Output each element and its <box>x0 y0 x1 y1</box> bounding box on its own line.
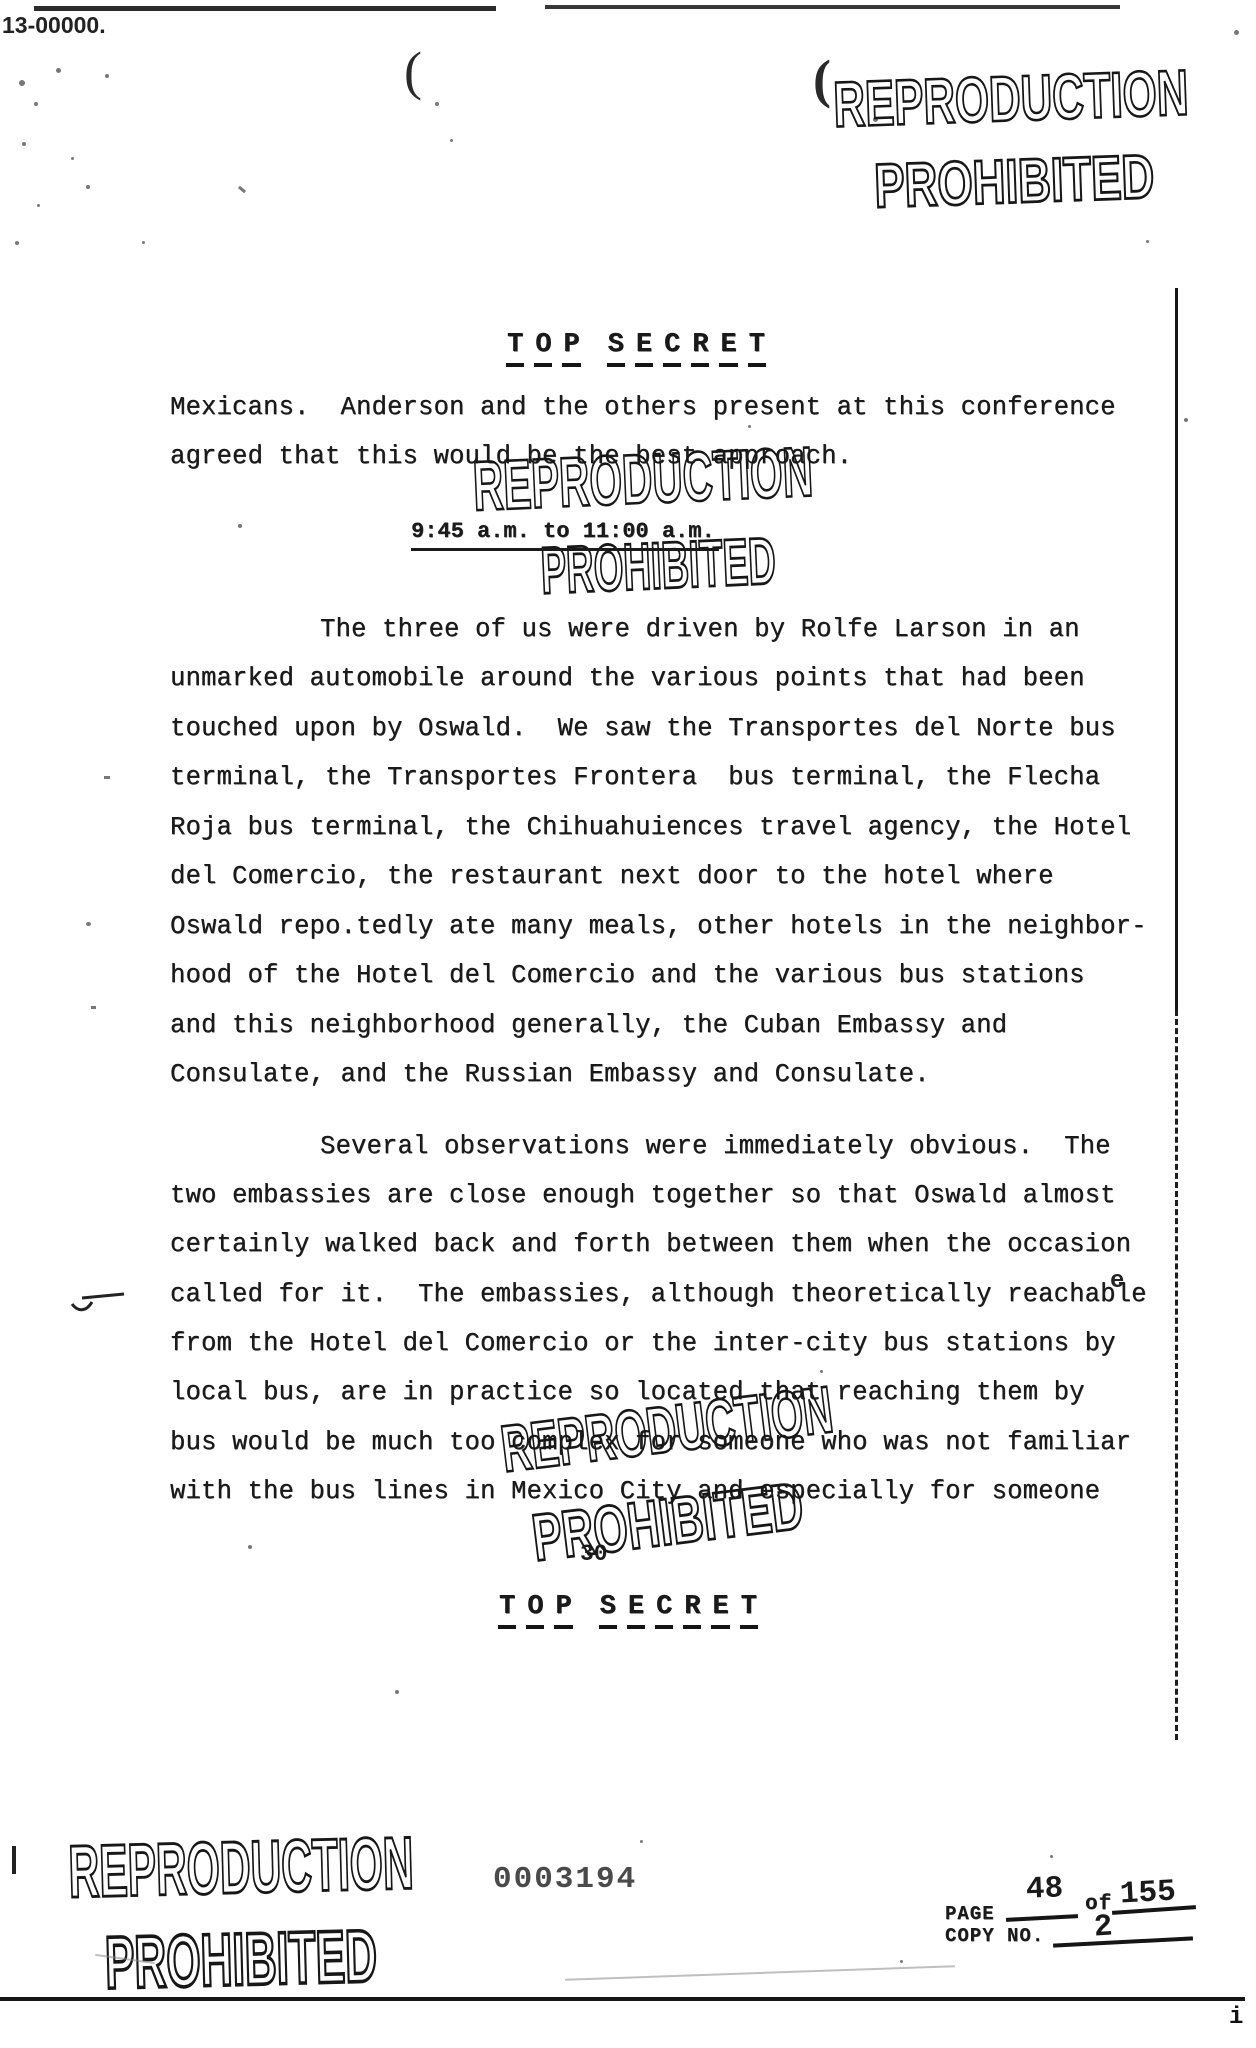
reproduction-prohibited-stamp: REPRODUCTION PROHIBITED <box>60 1821 475 2022</box>
ink-speck <box>22 142 26 146</box>
pencil-scratch <box>565 1965 955 1981</box>
ink-speck <box>248 1545 252 1549</box>
corner-letter-mark: i <box>1229 2004 1243 2031</box>
stamp-line2: PROHIBITED <box>873 143 1155 222</box>
ink-speck <box>105 74 109 78</box>
scan-edge-artifact <box>34 6 496 11</box>
text-line: The three of us were driven by Rolfe Lar… <box>170 615 1256 665</box>
ink-speck <box>435 102 439 106</box>
ink-speck <box>104 776 110 779</box>
ink-speck <box>19 80 25 86</box>
text-line: unmarked automobile around the various p… <box>170 664 1180 714</box>
text-line: Oswald repo.tedly ate many meals, other … <box>170 912 1180 962</box>
ink-speck <box>71 157 74 160</box>
text-line: two embassies are close enough together … <box>170 1181 1180 1231</box>
stamp-line1: REPRODUCTION <box>68 1821 415 1913</box>
text-line: Consulate, and the Russian Embassy and C… <box>170 1060 1180 1110</box>
paren-mark: ( <box>404 40 422 102</box>
text-line: Several observations were immediately ob… <box>170 1132 1256 1182</box>
reproduction-prohibited-stamp: REPRODUCTION PROHIBITED <box>822 55 1228 234</box>
bottom-rule <box>0 1997 1245 2001</box>
ink-speck <box>86 185 90 189</box>
text-line: and this neighborhood generally, the Cub… <box>170 1011 1180 1061</box>
ink-speck <box>1050 1855 1053 1858</box>
ink-speck <box>1184 418 1188 422</box>
ink-speck <box>238 186 246 193</box>
margin-line-dashed <box>1175 1010 1178 1740</box>
text-line: from the Hotel del Comercio or the inter… <box>170 1329 1180 1379</box>
text-line: hood of the Hotel del Comercio and the v… <box>170 961 1180 1011</box>
text-line: touched upon by Oswald. We saw the Trans… <box>170 714 1180 764</box>
stamp-line2: PROHIBITED <box>104 1914 378 2004</box>
ink-speck <box>34 102 38 106</box>
ink-speck <box>37 204 40 207</box>
ink-speck <box>1146 240 1149 243</box>
margin-letter-mark: e <box>1110 1268 1124 1295</box>
text-line: certainly walked back and forth between … <box>170 1230 1180 1280</box>
page-current: 48 <box>1025 1871 1063 1907</box>
ink-speck <box>1234 30 1239 35</box>
ink-speck <box>86 922 91 926</box>
copy-number-underline <box>1053 1936 1193 1947</box>
scan-edge-artifact <box>545 5 1120 9</box>
ink-speck <box>15 241 19 245</box>
proofreader-squiggle-icon <box>68 1288 128 1314</box>
stamp-line1: REPRODUCTION <box>832 56 1189 140</box>
copy-label: COPY NO. <box>945 1925 1044 1947</box>
section-time-heading: 9:45 a.m. to 11:00 a.m. <box>411 519 719 551</box>
ink-speck <box>395 1690 399 1694</box>
text-line: terminal, the Transportes Frontera bus t… <box>170 763 1180 813</box>
page-current-underline <box>1006 1914 1078 1922</box>
serial-number: 0003194 <box>493 1862 637 1897</box>
stamp-line1: REPRODUCTION <box>471 433 814 526</box>
ink-speck <box>91 1006 96 1009</box>
margin-tick <box>12 1846 16 1874</box>
text-line: del Comercio, the restaurant next door t… <box>170 862 1180 912</box>
ink-speck <box>900 1960 903 1963</box>
text-line: Mexicans. Anderson and the others presen… <box>170 393 1180 443</box>
ink-speck <box>56 68 61 73</box>
doc-number: 13-00000. <box>2 12 106 39</box>
classification-header: TOP SECRET <box>506 330 776 367</box>
classification-footer: TOP SECRET <box>498 1592 768 1629</box>
ink-speck <box>640 1840 643 1843</box>
page-label: PAGE <box>945 1903 995 1925</box>
stamp-line2: PROHIBITED <box>528 1468 807 1575</box>
page-number-footnote: 30 <box>580 1541 608 1567</box>
ink-speck <box>142 241 145 244</box>
document-scan-page: 13-00000. ( ( REPRODUCTION PROHIBITED TO… <box>0 0 1256 2048</box>
margin-line <box>1175 288 1178 1010</box>
text-line: called for it. The embassies, although t… <box>170 1280 1180 1330</box>
ink-speck <box>450 139 453 142</box>
ink-speck <box>238 524 242 528</box>
text-line: Roja bus terminal, the Chihuahuiences tr… <box>170 813 1180 863</box>
